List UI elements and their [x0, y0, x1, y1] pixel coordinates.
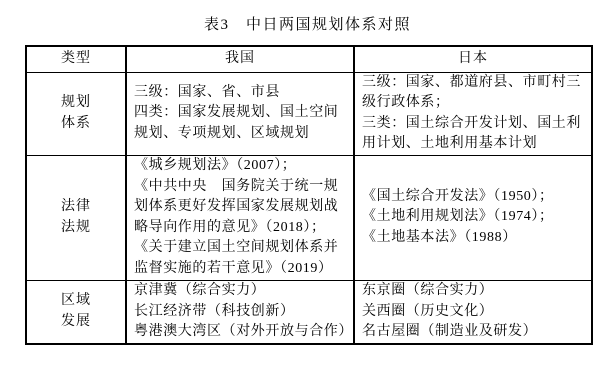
- cell-type-regional-development: 区域 发展: [26, 280, 126, 344]
- header-cell-japan: 日本: [354, 46, 592, 72]
- cell-type-planning-system: 规划 体系: [26, 72, 126, 155]
- table-row-planning-system: 规划 体系 三级：国家、省、市县 四类：国家发展规划、国土空间 规划、专项规划、…: [26, 72, 592, 155]
- table-header-row: 类型 我国 日本: [26, 46, 592, 72]
- header-cell-type: 类型: [26, 46, 126, 72]
- cell-china-planning-system: 三级：国家、省、市县 四类：国家发展规划、国土空间 规划、专项规划、区域规划: [126, 72, 354, 155]
- cell-type-laws-regulations: 法律 法规: [26, 155, 126, 280]
- header-cell-china: 我国: [126, 46, 354, 72]
- cell-china-regional-development: 京津冀（综合实力） 长江经济带（科技创新） 粤港澳大湾区（对外开放与合作）: [126, 280, 354, 344]
- cell-japan-planning-system: 三级：国家、都道府县、市町村三 级行政体系； 三类：国土综合开发计划、国土利 用…: [354, 72, 592, 155]
- table-row-laws-regulations: 法律 法规 《城乡规划法》（2007）； 《中共中央 国务院关于统一规 划体系更…: [26, 155, 592, 280]
- page: 表3 中日两国规划体系对照 类型 我国 日本 规划 体系 三级：国家、省、市县 …: [0, 0, 615, 367]
- cell-japan-laws-regulations: 《国土综合开发法》（1950）； 《土地利用规划法》（1974）； 《土地基本法…: [354, 155, 592, 280]
- table-row-regional-development: 区域 发展 京津冀（综合实力） 长江经济带（科技创新） 粤港澳大湾区（对外开放与…: [26, 280, 592, 344]
- table-caption: 表3 中日两国规划体系对照: [0, 13, 615, 34]
- cell-china-laws-regulations: 《城乡规划法》（2007）； 《中共中央 国务院关于统一规 划体系更好发挥国家发…: [126, 155, 354, 280]
- cell-japan-regional-development: 东京圈（综合实力） 关西圈（历史文化） 名古屋圈（制造业及研发）: [354, 280, 592, 344]
- comparison-table: 类型 我国 日本 规划 体系 三级：国家、省、市县 四类：国家发展规划、国土空间…: [25, 45, 593, 345]
